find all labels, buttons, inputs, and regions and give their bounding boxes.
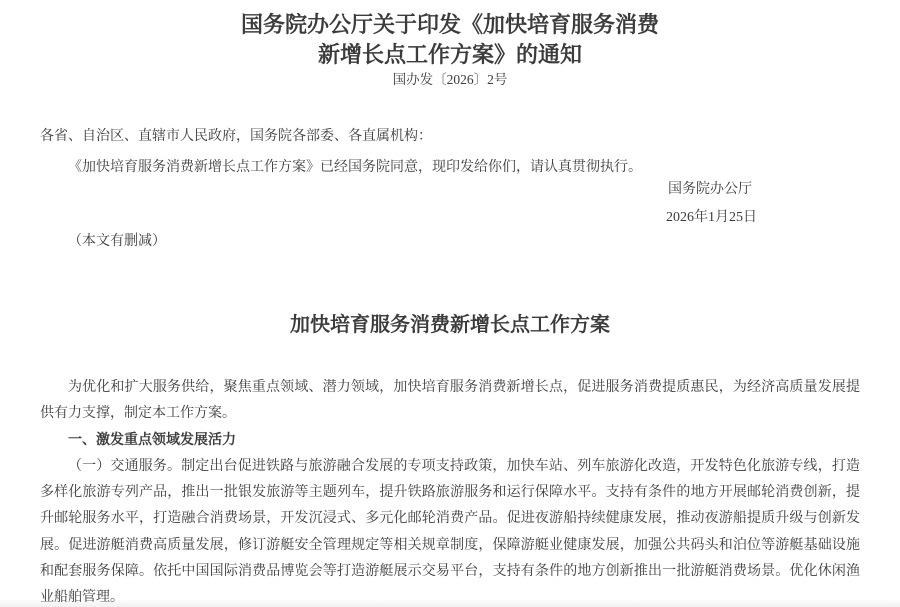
notice-title: 国务院办公厅关于印发《加快培育服务消费 新增长点工作方案》的通知 bbox=[40, 10, 860, 70]
plan-body: 为优化和扩大服务供给，聚焦重点领域、潜力领域，加快培育服务消费新增长点，促进服务… bbox=[40, 375, 860, 607]
section-1-heading: 一、激发重点领域发展活力 bbox=[40, 428, 860, 454]
item-1-paragraph: （一）交通服务。制定出台促进铁路与旅游融合发展的专项支持政策，加快车站、列车旅游… bbox=[40, 454, 860, 607]
salutation: 各省、自治区、直辖市人民政府，国务院各部委、各直属机构： bbox=[40, 126, 860, 148]
issue-date: 2026年1月25日 bbox=[40, 207, 860, 229]
notice-title-line2: 新增长点工作方案》的通知 bbox=[40, 40, 860, 70]
document-content: 国务院办公厅关于印发《加快培育服务消费 新增长点工作方案》的通知 国办发〔202… bbox=[0, 10, 900, 607]
intro-paragraph: 为优化和扩大服务供给，聚焦重点领域、潜力领域，加快培育服务消费新增长点，促进服务… bbox=[40, 375, 860, 428]
document-page: 国务院办公厅关于印发《加快培育服务消费 新增长点工作方案》的通知 国办发〔202… bbox=[0, 0, 900, 607]
redaction-note: （本文有删减） bbox=[40, 231, 860, 253]
plan-title: 加快培育服务消费新增长点工作方案 bbox=[40, 311, 860, 339]
doc-number: 国办发〔2026〕2号 bbox=[40, 71, 860, 89]
notice-title-line1: 国务院办公厅关于印发《加快培育服务消费 bbox=[40, 10, 860, 40]
forward-note: 《加快培育服务消费新增长点工作方案》已经国务院同意，现印发给你们，请认真贯彻执行… bbox=[40, 157, 860, 179]
issuer-name: 国务院办公厅 bbox=[40, 179, 860, 201]
